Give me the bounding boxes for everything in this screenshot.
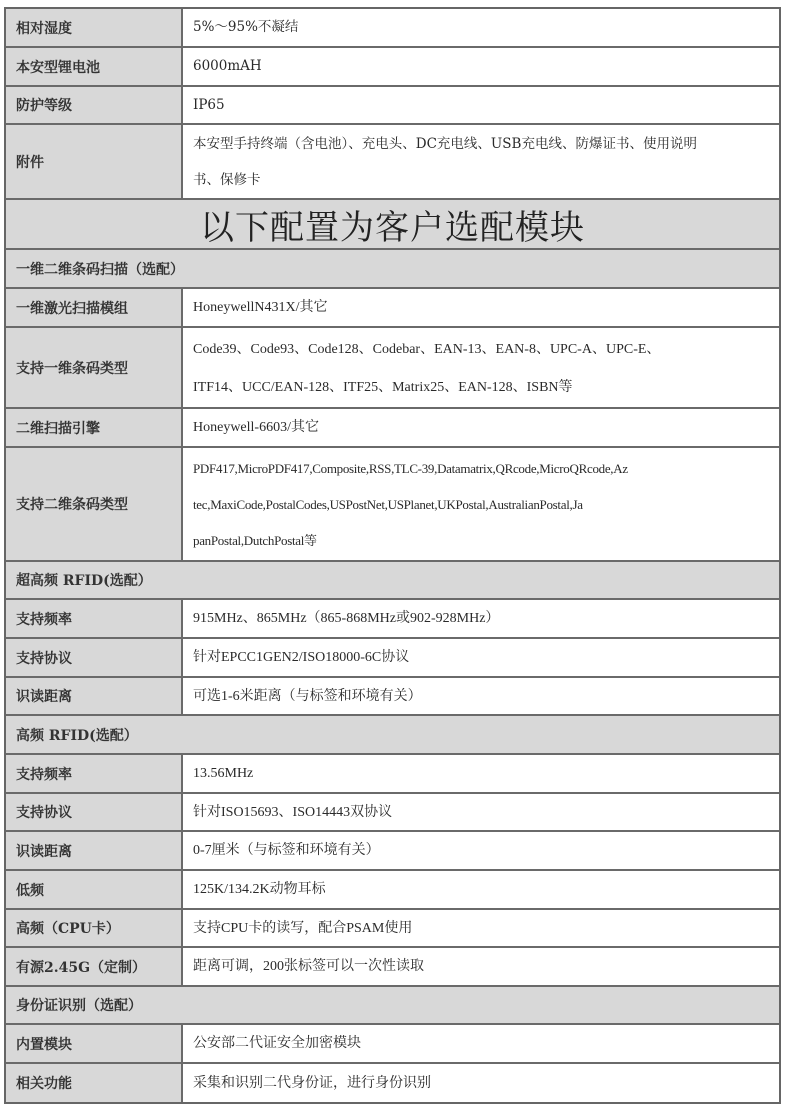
spec-row: 支持频率 915MHz、865MHz（865-868MHz或902-928MHz… — [6, 600, 779, 639]
spec-label: 内置模块 — [6, 1025, 183, 1062]
spec-row: 一维激光扫描模组 HoneywellN431X/其它 — [6, 289, 779, 328]
spec-row: 相关功能 采集和识别二代身份证，进行身份识别 — [6, 1064, 779, 1102]
spec-row: 支持协议 针对EPCC1GEN2/ISO18000-6C协议 — [6, 639, 779, 678]
spec-label: 本安型锂电池 — [6, 48, 183, 85]
spec-row: 二维扫描引擎 Honeywell-6603/其它 — [6, 409, 779, 448]
spec-label: 有源2.45G（定制） — [6, 948, 183, 985]
spec-label: 二维扫描引擎 — [6, 409, 183, 446]
value-line: PDF417,MicroPDF417,Composite,RSS,TLC-39,… — [193, 451, 769, 487]
value-line: 书、保修卡 — [193, 162, 769, 198]
spec-row: 支持一维条码类型 Code39、Code93、Code128、Codebar、E… — [6, 328, 779, 409]
spec-label: 支持协议 — [6, 794, 183, 830]
spec-value: 距离可调，200张标签可以一次性读取 — [183, 948, 779, 985]
spec-label: 支持一维条码类型 — [6, 328, 183, 407]
spec-row: 支持协议 针对ISO15693、ISO14443双协议 — [6, 794, 779, 832]
value-line: tec,MaxiCode,PostalCodes,USPostNet,USPla… — [193, 487, 769, 523]
value-line: 本安型手持终端（含电池）、充电头、DC充电线、USB充电线、防爆证书、使用说明 — [193, 126, 769, 162]
spec-value: PDF417,MicroPDF417,Composite,RSS,TLC-39,… — [183, 448, 779, 560]
spec-value: 采集和识别二代身份证，进行身份识别 — [183, 1064, 779, 1102]
spec-value: Code39、Code93、Code128、Codebar、EAN-13、EAN… — [183, 328, 779, 407]
spec-label: 支持频率 — [6, 600, 183, 637]
section-header-hf-rfid: 高频 RFID(选配） — [6, 716, 779, 755]
spec-row-battery: 本安型锂电池 6000mAH — [6, 48, 779, 87]
spec-value: 可选1-6米距离（与标签和环境有关） — [183, 678, 779, 714]
spec-label: 支持二维条码类型 — [6, 448, 183, 560]
spec-value: 0-7厘米（与标签和环境有关） — [183, 832, 779, 869]
spec-value: 本安型手持终端（含电池）、充电头、DC充电线、USB充电线、防爆证书、使用说明 … — [183, 125, 779, 198]
spec-value: 125K/134.2K动物耳标 — [183, 871, 779, 908]
spec-value: 针对EPCC1GEN2/ISO18000-6C协议 — [183, 639, 779, 676]
section-header-id-card: 身份证识别（选配） — [6, 987, 779, 1025]
spec-value: HoneywellN431X/其它 — [183, 289, 779, 326]
value-line: ITF14、UCC/EAN-128、ITF25、Matrix25、EAN-128… — [193, 369, 769, 407]
spec-label: 防护等级 — [6, 87, 183, 123]
spec-row-humidity: 相对湿度 5%～95%不凝结 — [6, 9, 779, 48]
spec-label: 支持协议 — [6, 639, 183, 676]
spec-row-protection: 防护等级 IP65 — [6, 87, 779, 125]
value-line: panPostal,DutchPostal等 — [193, 523, 769, 559]
spec-value: Honeywell-6603/其它 — [183, 409, 779, 446]
spec-value: 6000mAH — [183, 48, 779, 85]
spec-label: 相关功能 — [6, 1064, 183, 1102]
spec-label: 一维激光扫描模组 — [6, 289, 183, 326]
spec-label: 高频（CPU卡） — [6, 910, 183, 946]
spec-label: 附件 — [6, 125, 183, 198]
optional-modules-banner: 以下配置为客户选配模块 — [6, 200, 779, 250]
spec-value: IP65 — [183, 87, 779, 123]
spec-table: 相对湿度 5%～95%不凝结 本安型锂电池 6000mAH 防护等级 IP65 … — [4, 7, 781, 1104]
spec-label: 相对湿度 — [6, 9, 183, 46]
spec-row: 内置模块 公安部二代证安全加密模块 — [6, 1025, 779, 1064]
spec-label: 识读距离 — [6, 832, 183, 869]
spec-row: 支持频率 13.56MHz — [6, 755, 779, 794]
spec-value: 公安部二代证安全加密模块 — [183, 1025, 779, 1062]
section-header-barcode: 一维二维条码扫描（选配） — [6, 250, 779, 289]
spec-row: 识读距离 可选1-6米距离（与标签和环境有关） — [6, 678, 779, 716]
spec-row: 高频（CPU卡） 支持CPU卡的读写，配合PSAM使用 — [6, 910, 779, 948]
spec-value: 915MHz、865MHz（865-868MHz或902-928MHz） — [183, 600, 779, 637]
value-line: Code39、Code93、Code128、Codebar、EAN-13、EAN… — [193, 331, 769, 369]
spec-label: 支持频率 — [6, 755, 183, 792]
spec-value: 5%～95%不凝结 — [183, 9, 779, 46]
spec-row: 低频 125K/134.2K动物耳标 — [6, 871, 779, 910]
spec-label: 低频 — [6, 871, 183, 908]
spec-value: 13.56MHz — [183, 755, 779, 792]
spec-value: 支持CPU卡的读写，配合PSAM使用 — [183, 910, 779, 946]
spec-row: 支持二维条码类型 PDF417,MicroPDF417,Composite,RS… — [6, 448, 779, 562]
spec-row: 有源2.45G（定制） 距离可调，200张标签可以一次性读取 — [6, 948, 779, 987]
spec-row-accessories: 附件 本安型手持终端（含电池）、充电头、DC充电线、USB充电线、防爆证书、使用… — [6, 125, 779, 200]
spec-value: 针对ISO15693、ISO14443双协议 — [183, 794, 779, 830]
spec-label: 识读距离 — [6, 678, 183, 714]
section-header-uhf-rfid: 超高频 RFID(选配） — [6, 562, 779, 600]
spec-row: 识读距离 0-7厘米（与标签和环境有关） — [6, 832, 779, 871]
